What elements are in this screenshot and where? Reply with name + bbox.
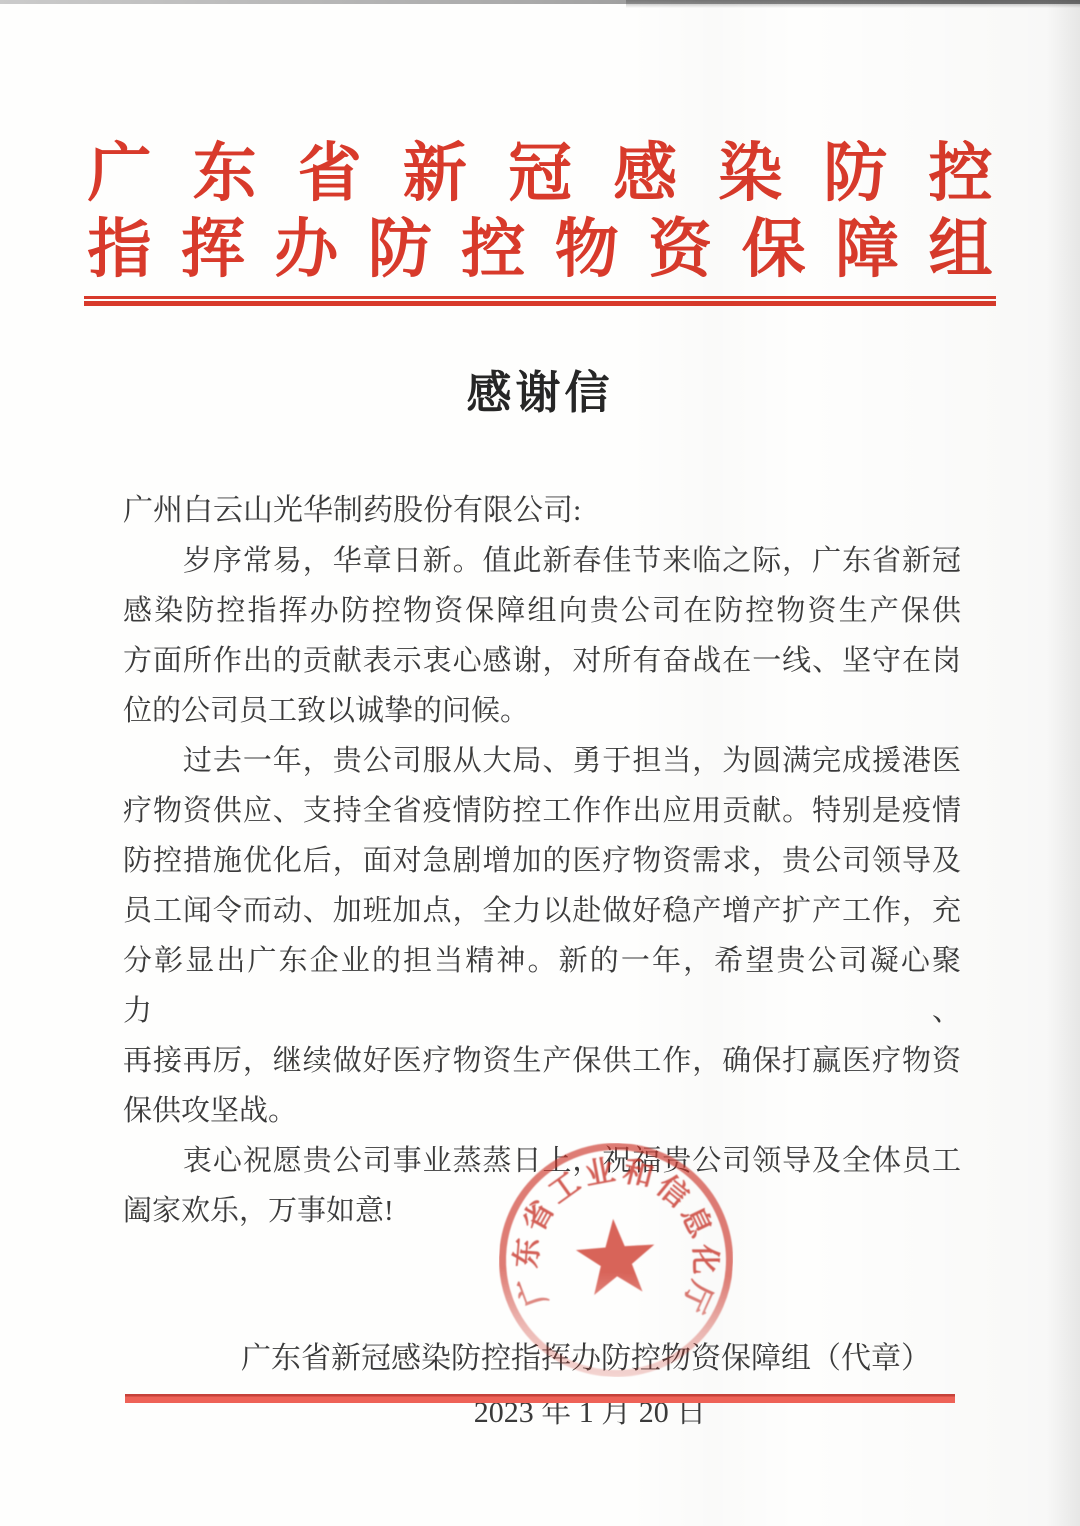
body-line: 岁序常易，华章日新。值此新春佳节来临之际，广东省新冠 <box>123 536 961 586</box>
stamp-arc-char: 东 <box>509 1234 548 1273</box>
body-line: 疗物资供应、支持全省疫情防控工作作出应用贡献。特别是疫情 <box>123 786 961 836</box>
stamp-star-icon <box>570 1214 662 1306</box>
letterhead-line-1: 广东省新冠感染防控 <box>88 136 993 212</box>
letter-body: 广州白云山光华制药股份有限公司: 岁序常易，华章日新。值此新春佳节来临之际，广东… <box>123 486 961 1236</box>
scanned-letter-page: 广东省新冠感染防控 指挥办防控物资保障组 感谢信 广州白云山光华制药股份有限公司… <box>0 0 1080 1526</box>
stamp-arc-char: 化 <box>686 1241 722 1277</box>
body-line: 过去一年，贵公司服从大局、勇于担当，为圆满完成援港医 <box>123 736 961 786</box>
body-line: 保供攻坚战。 <box>123 1086 961 1136</box>
body-line: 位的公司员工致以诚挚的问候。 <box>123 686 961 736</box>
stamp-arc-char: 业 <box>579 1152 621 1194</box>
body-line: 方面所作出的贡献表示衷心感谢，对所有奋战在一线、坚守在岗 <box>123 636 961 686</box>
body-line: 分彰显出广东企业的担当精神。新的一年，希望贵公司凝心聚力、 <box>123 936 961 1036</box>
body-line: 防控措施优化后，面对急剧增加的医疗物资需求，贵公司领导及 <box>123 836 961 886</box>
salutation: 广州白云山光华制药股份有限公司: <box>123 486 961 536</box>
body-lines: 岁序常易，华章日新。值此新春佳节来临之际，广东省新冠感染防控指挥办防控物资保障组… <box>123 536 961 1236</box>
official-stamp: 广东省工业和信息化厅 <box>495 1139 737 1381</box>
letterhead: 广东省新冠感染防控 指挥办防控物资保障组 <box>88 136 993 288</box>
letterhead-line-2: 指挥办防控物资保障组 <box>88 212 993 288</box>
scan-edge-right-shadow <box>1046 0 1080 1526</box>
scan-edge-top-right <box>626 0 1080 8</box>
body-line: 感染防控指挥办防控物资保障组向贵公司在防控物资生产保供 <box>123 586 961 636</box>
letterhead-double-rule <box>84 296 996 306</box>
body-line: 再接再厉，继续做好医疗物资生产保供工作，确保打赢医疗物资 <box>123 1036 961 1086</box>
letter-title: 感谢信 <box>0 370 1080 416</box>
bottom-red-bar <box>125 1394 955 1403</box>
body-line: 员工闻令而动、加班加点，全力以赴做好稳产增产扩产工作，充 <box>123 886 961 936</box>
